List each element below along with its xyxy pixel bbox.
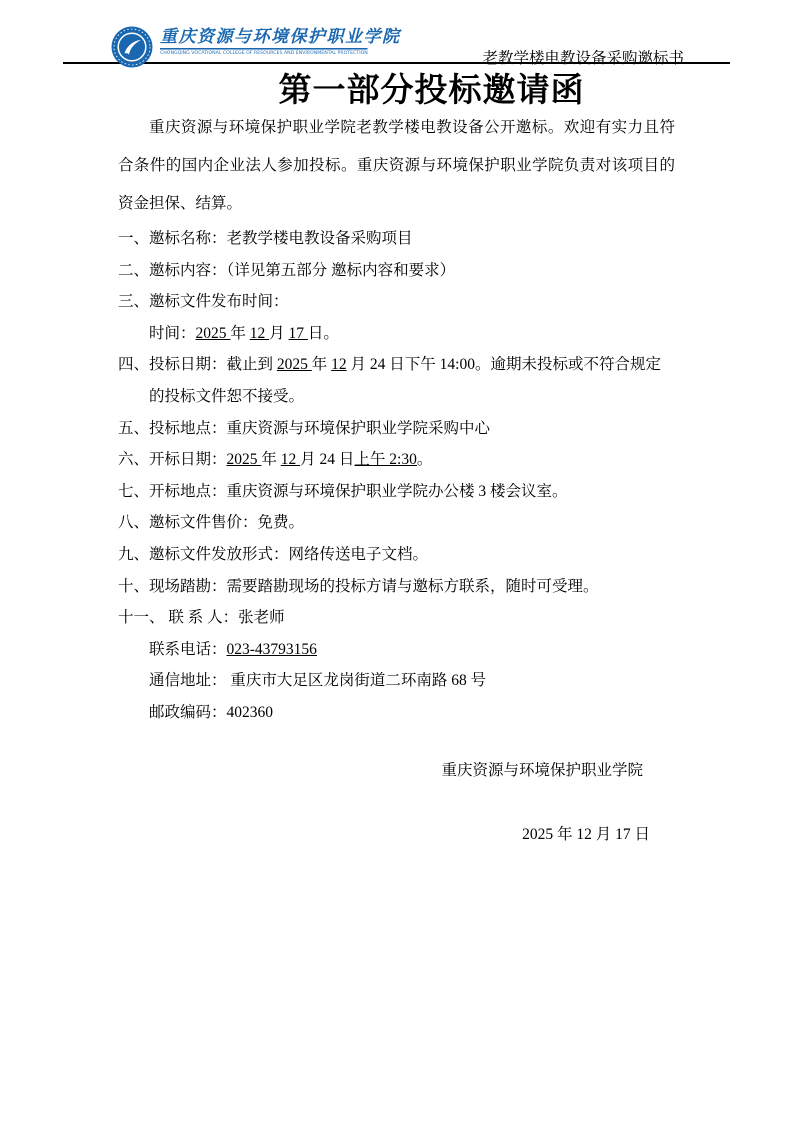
list-item: 十、现场踏勘：需要踏勘现场的投标方请与邀标方联系，随时可受理。 [118, 571, 675, 603]
intro-paragraph: 重庆资源与环境保护职业学院老教学楼电教设备公开邀标。欢迎有实力且符合条件的国内企… [118, 109, 675, 223]
college-emblem-icon [111, 26, 153, 68]
list-item: 十一、 联 系 人：张老师 [118, 602, 675, 634]
list-item: 一、邀标名称：老教学楼电教设备采购项目 [118, 223, 675, 255]
college-name-cn: 重庆资源与环境保护职业学院 [160, 28, 426, 47]
list-item: 九、邀标文件发放形式：网络传送电子文档。 [118, 539, 675, 571]
list-item: 邮政编码：402360 [118, 697, 675, 729]
list-item: 五、投标地点：重庆资源与环境保护职业学院采购中心 [118, 413, 675, 445]
list-item: 联系电话：023-43793156 [118, 634, 675, 666]
list-item: 七、开标地点：重庆资源与环境保护职业学院办公楼 3 楼会议室。 [118, 476, 675, 508]
list-item: 六、开标日期：2025 年 12 月 24 日上午 2:30。 [118, 444, 675, 476]
signature-org: 重庆资源与环境保护职业学院 [0, 755, 643, 787]
list-item: 时间：2025 年 12 月 17 日。 [118, 318, 675, 350]
list-item: 八、邀标文件售价：免费。 [118, 507, 675, 539]
list-item: 二、邀标内容：（详见第五部分 邀标内容和要求） [118, 255, 675, 287]
page-title: 第一部分投标邀请函 [0, 71, 793, 109]
items-list: 一、邀标名称：老教学楼电教设备采购项目二、邀标内容：（详见第五部分 邀标内容和要… [118, 223, 675, 729]
page-header: 重庆资源与环境保护职业学院 CHONGQING VOCATIONAL COLLE… [63, 0, 730, 64]
header-doc-reference: 老教学楼电教设备采购邀标书 [482, 46, 684, 68]
college-name-en: CHONGQING VOCATIONAL COLLEGE OF RESOURCE… [160, 48, 368, 56]
college-logo: 重庆资源与环境保护职业学院 CHONGQING VOCATIONAL COLLE… [111, 26, 426, 68]
document-page: 重庆资源与环境保护职业学院 CHONGQING VOCATIONAL COLLE… [0, 0, 793, 1122]
list-item: 三、邀标文件发布时间： [118, 286, 675, 318]
signature-date: 2025 年 12 月 17 日 [0, 819, 650, 851]
college-logo-text: 重庆资源与环境保护职业学院 CHONGQING VOCATIONAL COLLE… [160, 26, 426, 58]
list-item: 通信地址： 重庆市大足区龙岗街道二环南路 68 号 [118, 665, 675, 697]
list-item: 四、投标日期：截止到 2025 年 12 月 24 日下午 14:00。逾期未投… [118, 349, 675, 412]
